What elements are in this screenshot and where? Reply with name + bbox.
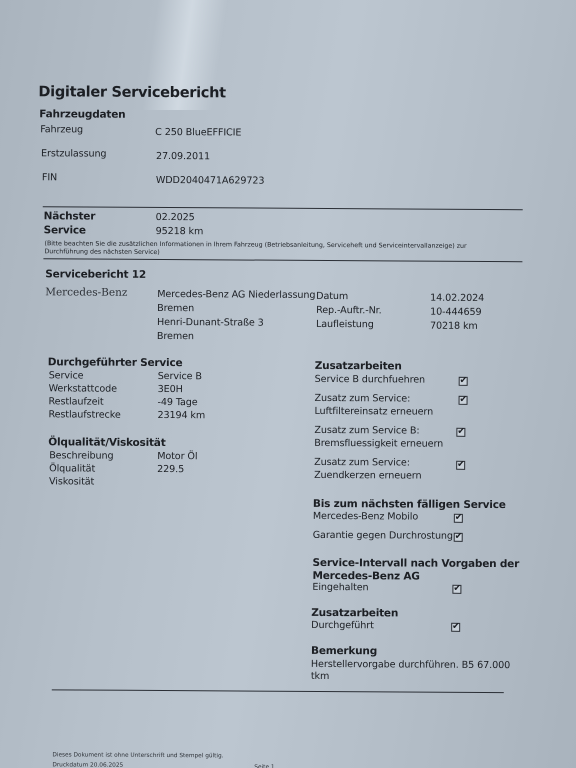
zusatzarbeiten2-heading: Zusatzarbeiten [311,607,398,620]
naechster-service-date: 02.2025 [156,212,195,223]
fahrzeugdaten-heading: Fahrzeugdaten [39,108,125,121]
label-fahrzeug: Fahrzeug [40,124,83,135]
service-intervall-heading-2: Mercedes-Benz AG [312,570,419,583]
value-werkstattcode: 3E0H [158,384,183,395]
value-fahrzeug: C 250 BlueEFFICIE [155,127,241,139]
bemerkung-text-1: Herstellervorgabe durchführen. B5 67.000 [311,659,510,671]
address-line-1: Mercedes-Benz AG Niederlassung [157,289,315,301]
address-line-3: Henri-Dunant-Straße 3 [157,317,264,329]
eingehalten-checkbox[interactable]: ✔ [452,585,461,594]
garantie-label: Garantie gegen Durchrostung [313,530,453,542]
naechster-label-2: Service [44,224,86,236]
document-title: Digitaler Servicebericht [38,84,225,101]
label-restlaufzeit: Restlaufzeit [49,396,104,407]
value-oelqualitaet: 229.5 [157,464,184,475]
mercedes-benz-logo: Mercedes-Benz [45,286,127,299]
naechster-service-note-2: Durchführung des nächsten Service) [44,247,159,257]
value-laufleistung: 70218 km [430,321,478,332]
mobilo-label: Mercedes-Benz Mobilo [313,511,418,523]
address-line-4: Bremen [157,331,194,342]
eingehalten-label: Eingehalten [312,582,368,593]
label-service: Service [49,370,84,381]
garantie-checkbox[interactable]: ✔ [454,533,463,542]
bis-zum-service-heading: Bis zum nächsten fälligen Service [313,498,506,511]
label-restlaufstrecke: Restlaufstrecke [48,409,120,420]
label-viskositaet: Viskosität [49,476,94,487]
service-report-page: Digitaler Servicebericht Fahrzeugdaten F… [0,0,576,768]
label-fin: FIN [42,172,57,183]
zusatz-item-1-checkbox[interactable]: ✔ [459,377,468,386]
zusatz-item-3-label-2: Bremsfluessigkeit erneuern [314,438,443,450]
label-oelqualitaet: Ölqualität [49,463,95,474]
value-datum: 14.02.2024 [430,293,484,304]
value-restlaufzeit: -49 Tage [158,397,198,408]
label-datum: Datum [316,291,348,302]
durchgefuehrt-checkbox[interactable]: ✔ [451,623,460,632]
value-restlaufstrecke: 23194 km [157,410,205,421]
zusatz-item-3-label-1: Zusatz zum Service B: [314,425,419,437]
durchgefuehrt-label: Durchgeführt [311,620,374,631]
zusatz-item-1-label: Service B durchfuehren [315,374,425,386]
label-rep-auftr-nr: Rep.-Auftr.-Nr. [316,305,382,316]
label-erstzulassung: Erstzulassung [41,148,106,159]
zusatz-item-2-label-2: Luftfiltereinsatz erneuern [314,406,433,418]
value-erstzulassung: 27.09.2011 [156,151,210,162]
zusatz-item-4-label-2: Zuendkerzen erneuern [314,470,421,482]
divider [43,206,523,210]
value-rep-auftr-nr: 10-444659 [430,307,481,318]
service-intervall-heading-1: Service-Intervall nach Vorgaben der [313,557,520,570]
zusatz-item-4-checkbox[interactable]: ✔ [456,461,465,470]
label-werkstattcode: Werkstattcode [49,383,117,394]
mobilo-checkbox[interactable]: ✔ [454,514,463,523]
divider [43,258,522,262]
naechster-service-km: 95218 km [156,226,204,237]
value-fin: WDD2040471A629723 [156,175,265,187]
naechster-label-1: Nächster [44,210,96,222]
address-line-2: Bremen [157,303,194,314]
bemerkung-text-2: tkm [311,671,329,682]
value-beschreibung: Motor Öl [157,451,197,462]
zusatz-item-2-checkbox[interactable]: ✔ [459,396,468,405]
zusatzarbeiten-heading: Zusatzarbeiten [315,360,402,373]
zusatz-item-3-checkbox[interactable]: ✔ [456,428,465,437]
footer-disclaimer: Dieses Dokument ist ohne Unterschrift un… [52,752,223,759]
servicebericht-heading: Servicebericht 12 [45,268,146,281]
footer-page-number: Seite 1 [254,765,274,768]
zusatz-item-4-label-1: Zusatz zum Service: [314,457,410,469]
value-service: Service B [158,371,202,382]
divider [52,689,504,693]
footer-print-date: Druckdatum 20.06.2025 [52,762,123,768]
label-laufleistung: Laufleistung [316,319,374,330]
durchgefuehrter-service-heading: Durchgeführter Service [48,356,183,369]
label-beschreibung: Beschreibung [49,450,113,461]
bemerkung-heading: Bemerkung [311,645,377,657]
oelqualitaet-heading: Ölqualität/Viskosität [48,436,165,449]
zusatz-item-2-label-1: Zusatz zum Service: [315,393,411,405]
